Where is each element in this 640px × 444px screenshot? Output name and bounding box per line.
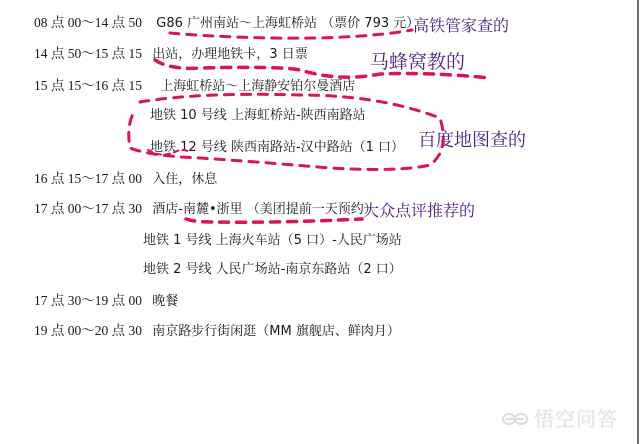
schedule-time: 17 点 30～19 点 00 — [34, 290, 142, 312]
schedule-row-4: 16 点 15～17 点 00 入住，休息 — [34, 168, 217, 190]
schedule-desc: G86 广州南站～上海虹桥站 （票价 793 元） — [156, 16, 419, 31]
schedule-row-7: 19 点 00～20 点 30 南京路步行街闲逛（MM 旗舰店、鲜肉月） — [34, 320, 400, 342]
schedule-time: 08 点 00～14 点 50 — [34, 12, 142, 34]
schedule-desc: 酒店-南麓•浙里 （美团提前一天预约） — [152, 202, 377, 217]
annotation-gaotie: 高铁管家查的 — [413, 13, 509, 36]
schedule-row-3: 15 点 15～16 点 15 上海虹桥站～上海静安铂尔曼酒店 — [34, 75, 355, 97]
metro-line-10: 地铁 10 号线 上海虹桥站-陕西南路站 — [150, 105, 366, 127]
schedule-row-5: 17 点 00～17 点 30 酒店-南麓•浙里 （美团提前一天预约） — [34, 198, 377, 220]
annotation-mafengwo: 马蜂窝教的 — [370, 47, 465, 74]
schedule-time: 19 点 00～20 点 30 — [34, 320, 142, 342]
schedule-time: 14 点 50～15 点 15 — [34, 43, 142, 65]
schedule-desc: 入住，休息 — [152, 172, 217, 187]
document-page: —— —— ——— —————— 08 点 00～14 点 50 G86 广州南… — [0, 0, 640, 444]
metro-line-12: 地铁 12 号线 陕西南路站-汉中路站（1 口） — [150, 137, 404, 159]
schedule-time: 17 点 00～17 点 30 — [34, 198, 142, 220]
annotation-dianping: 大众点评推荐的 — [363, 198, 475, 221]
cut-off-row: —— —— ——— —————— — [34, 0, 231, 4]
schedule-desc: 南京路步行街闲逛（MM 旗舰店、鲜肉月） — [152, 324, 400, 339]
pen-annotation-lines — [0, 0, 640, 444]
schedule-desc: 出站，办理地铁卡，3 日票 — [152, 47, 307, 62]
watermark-text: 悟空问答 — [534, 403, 618, 432]
wukong-logo-icon — [502, 410, 528, 426]
schedule-desc: 上海虹桥站～上海静安铂尔曼酒店 — [160, 79, 355, 94]
metro-line-2: 地铁 2 号线 人民广场站-南京东路站（2 口） — [143, 259, 402, 281]
wukong-watermark: 悟空问答 — [502, 403, 618, 432]
schedule-row-2: 14 点 50～15 点 15 出站，办理地铁卡，3 日票 — [34, 43, 308, 65]
schedule-row-6: 17 点 30～19 点 00 晚餐 — [34, 290, 178, 312]
page-right-border — [637, 0, 639, 444]
schedule-time: 16 点 15～17 点 00 — [34, 168, 142, 190]
schedule-time: 15 点 15～16 点 15 — [34, 75, 142, 97]
schedule-desc: 晚餐 — [152, 294, 178, 309]
metro-line-1: 地铁 1 号线 上海火车站（5 口）-人民广场站 — [143, 230, 402, 252]
schedule-row-1: 08 点 00～14 点 50 G86 广州南站～上海虹桥站 （票价 793 元… — [34, 12, 419, 34]
annotation-baidu: 百度地图查的 — [418, 126, 526, 152]
